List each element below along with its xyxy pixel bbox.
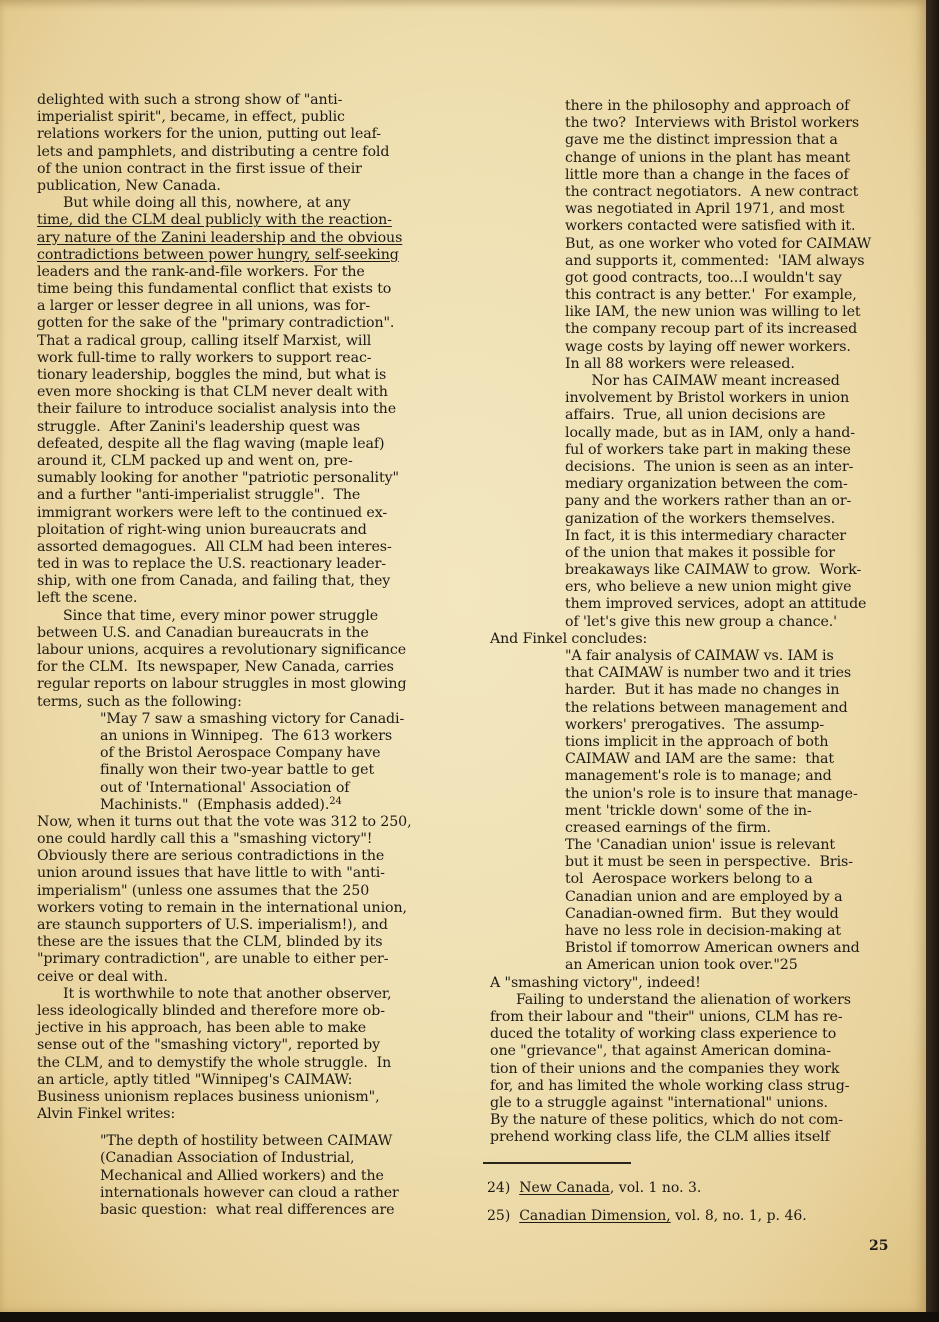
text-line: relations workers for the union, putting… <box>37 126 432 143</box>
line-text: was negotiated in April 1971, and most <box>565 201 844 217</box>
text-line: terms, such as the following: <box>37 694 432 711</box>
text-line: of the Bristol Aerospace Company have <box>37 745 432 762</box>
line-text: the union's role is to insure that manag… <box>565 786 858 802</box>
text-line: but it must be seen in perspective. Bris… <box>490 854 895 871</box>
text-line: workers contacted were satisfied with it… <box>490 218 895 235</box>
text-line: ful of workers take part in making these <box>490 442 895 459</box>
line-text: around it, CLM packed up and went on, pr… <box>37 453 353 469</box>
line-text: CAIMAW and IAM are the same: that <box>565 751 834 767</box>
text-line: That a radical group, calling itself Mar… <box>37 333 432 350</box>
line-text: gotten for the sake of the "primary cont… <box>37 315 394 331</box>
line-text: left the scene. <box>37 590 137 606</box>
line-text: regular reports on labour struggles in m… <box>37 676 406 692</box>
text-line: Obviously there are serious contradictio… <box>37 848 432 865</box>
line-text: prehend working class life, the CLM alli… <box>490 1129 830 1145</box>
line-text: Bristol if tomorrow American owners and <box>565 940 860 956</box>
text-line: ganization of the workers themselves. <box>490 511 895 528</box>
text-line: Failing to understand the alienation of … <box>490 992 895 1009</box>
text-line: It is worthwhile to note that another ob… <box>37 986 432 1003</box>
line-text: the company recoup part of its increased <box>565 321 857 337</box>
line-text: imperialism" (unless one assumes that th… <box>37 883 369 899</box>
line-text: of the union that makes it possible for <box>565 545 835 561</box>
text-line: creased earnings of the firm. <box>490 820 895 837</box>
line-text: Mechanical and Allied workers) and the <box>100 1168 384 1184</box>
text-line: The 'Canadian union' issue is relevant <box>490 837 895 854</box>
text-line: prehend working class life, the CLM alli… <box>490 1129 895 1146</box>
text-line: time being this fundamental conflict tha… <box>37 281 432 298</box>
text-line: assorted demagogues. All CLM had been in… <box>37 539 432 556</box>
text-line: have no less role in decision-making at <box>490 923 895 940</box>
line-text: It is worthwhile to note that another ob… <box>63 986 391 1002</box>
text-line: workers' prerogatives. The assump- <box>490 717 895 734</box>
line-text: one could hardly call this a "smashing v… <box>37 831 372 847</box>
line-text: That a radical group, calling itself Mar… <box>37 333 371 349</box>
line-text: the contract negotiators. A new contract <box>565 184 858 200</box>
line-text: Alvin Finkel writes: <box>37 1106 175 1122</box>
line-text: mediary organization between the com- <box>565 476 848 492</box>
text-line: regular reports on labour struggles in m… <box>37 676 432 693</box>
line-text: out of 'International' Association of <box>100 780 349 796</box>
line-text: affairs. True, all union decisions are <box>565 407 825 423</box>
text-line: tion of their unions and the companies t… <box>490 1061 895 1078</box>
line-text: little more than a change in the faces o… <box>565 167 849 183</box>
line-text: an American union took over."25 <box>565 957 798 973</box>
text-line: between U.S. and Canadian bureaucrats in… <box>37 625 432 642</box>
text-line: left the scene. <box>37 590 432 607</box>
text-line: And Finkel concludes: <box>490 631 895 648</box>
line-text: finally won their two-year battle to get <box>100 762 374 778</box>
footnote-25: 25) Canadian Dimension, vol. 8, no. 1, p… <box>487 1202 807 1230</box>
text-line: In all 88 workers were released. <box>490 356 895 373</box>
line-text: an unions in Winnipeg. The 613 workers <box>100 728 392 744</box>
text-line: imperialist spirit", became, in effect, … <box>37 109 432 126</box>
text-line: tionary leadership, boggles the mind, bu… <box>37 367 432 384</box>
line-text: A "smashing victory", indeed! <box>490 975 701 991</box>
text-line: time, did the CLM deal publicly with the… <box>37 212 432 229</box>
text-line: harder. But it has made no changes in <box>490 682 895 699</box>
line-text: but it must be seen in perspective. Bris… <box>565 854 853 870</box>
text-line: an American union took over."25 <box>490 957 895 974</box>
text-line: sumably looking for another "patriotic p… <box>37 470 432 487</box>
line-text: between U.S. and Canadian bureaucrats in… <box>37 625 369 641</box>
line-text: union around issues that have little to … <box>37 865 385 881</box>
line-text: and supports it, commented: 'IAM always <box>565 253 864 269</box>
text-line: less ideologically blinded and therefore… <box>37 1003 432 1020</box>
text-line: sense out of the "smashing victory", rep… <box>37 1037 432 1054</box>
line-text: have no less role in decision-making at <box>565 923 841 939</box>
text-line: ship, with one from Canada, and failing … <box>37 573 432 590</box>
line-text: locally made, but as in IAM, only a hand… <box>565 425 855 441</box>
line-text: less ideologically blinded and therefore… <box>37 1003 385 1019</box>
text-line: Alvin Finkel writes: <box>37 1106 432 1123</box>
line-text: defeated, despite all the flag waving (m… <box>37 436 384 452</box>
line-text: got good contracts, too...I wouldn't say <box>565 270 842 286</box>
right-text-column: there in the philosophy and approach oft… <box>490 98 895 1146</box>
text-line: an article, aptly titled "Winnipeg's CAI… <box>37 1072 432 1089</box>
text-line: Since that time, every minor power strug… <box>37 608 432 625</box>
text-line: Business unionism replaces business unio… <box>37 1089 432 1106</box>
line-text: But while doing all this, nowhere, at an… <box>63 195 350 211</box>
text-line: the two? Interviews with Bristol workers <box>490 115 895 132</box>
line-text: creased earnings of the firm. <box>565 820 771 836</box>
line-text: publication, New Canada. <box>37 178 221 194</box>
line-text: Now, when it turns out that the vote was… <box>37 814 412 830</box>
text-line: wage costs by laying off newer workers. <box>490 339 895 356</box>
line-text: of the union contract in the first issue… <box>37 161 362 177</box>
line-text: there in the philosophy and approach of <box>565 98 849 114</box>
line-text: that CAIMAW is number two and it tries <box>565 665 851 681</box>
text-line: labour unions, acquires a revolutionary … <box>37 642 432 659</box>
line-text: "The depth of hostility between CAIMAW <box>100 1133 392 1149</box>
text-line: "primary contradiction", are unable to e… <box>37 951 432 968</box>
line-text: involvement by Bristol workers in union <box>565 390 849 406</box>
scan-edge-bottom <box>0 1312 939 1322</box>
line-text: the CLM, and to demystify the whole stru… <box>37 1055 391 1071</box>
text-line: gle to a struggle against "international… <box>490 1095 895 1112</box>
text-line: pany and the workers rather than an or- <box>490 493 895 510</box>
text-line: the union's role is to insure that manag… <box>490 786 895 803</box>
line-text: Nor has CAIMAW meant increased <box>565 373 840 389</box>
line-text: basic question: what real differences ar… <box>100 1202 394 1218</box>
line-text: ganization of the workers themselves. <box>565 511 835 527</box>
line-text: wage costs by laying off newer workers. <box>565 339 851 355</box>
text-line: In fact, it is this intermediary charact… <box>490 528 895 545</box>
line-text: pany and the workers rather than an or- <box>565 493 851 509</box>
line-text: duced the totality of working class expe… <box>490 1026 836 1042</box>
line-text: relations workers for the union, putting… <box>37 126 381 142</box>
line-text: decisions. The union is seen as an inter… <box>565 459 853 475</box>
text-line: that CAIMAW is number two and it tries <box>490 665 895 682</box>
text-line: got good contracts, too...I wouldn't say <box>490 270 895 287</box>
line-text: tol Aerospace workers belong to a <box>565 871 813 887</box>
text-line: publication, New Canada. <box>37 178 432 195</box>
text-line: internationals however can cloud a rathe… <box>37 1185 432 1202</box>
footnote-source-title: New Canada <box>519 1180 610 1196</box>
text-line: gave me the distinct impression that a <box>490 132 895 149</box>
line-text: sense out of the "smashing victory", rep… <box>37 1037 380 1053</box>
line-text: these are the issues that the CLM, blind… <box>37 934 382 950</box>
text-line: management's role is to manage; and <box>490 768 895 785</box>
text-line: basic question: what real differences ar… <box>37 1202 432 1219</box>
text-line: of the union contract in the first issue… <box>37 161 432 178</box>
line-text: lets and pamphlets, and distributing a c… <box>37 144 389 160</box>
line-text: imperialist spirit", became, in effect, … <box>37 109 345 125</box>
left-text-column: delighted with such a strong show of "an… <box>37 92 432 1219</box>
line-text: time being this fundamental conflict tha… <box>37 281 391 297</box>
text-line: "May 7 saw a smashing victory for Canadi… <box>37 711 432 728</box>
text-line: ary nature of the Zanini leadership and … <box>37 230 432 247</box>
text-line: delighted with such a strong show of "an… <box>37 92 432 109</box>
footnote-source-title: Canadian Dimension, <box>519 1208 671 1224</box>
text-line: and supports it, commented: 'IAM always <box>490 253 895 270</box>
text-line: like IAM, the new union was willing to l… <box>490 304 895 321</box>
line-text: workers voting to remain in the internat… <box>37 900 407 916</box>
line-text: for, and has limited the whole working c… <box>490 1078 849 1094</box>
text-line: workers voting to remain in the internat… <box>37 900 432 917</box>
text-line: decisions. The union is seen as an inter… <box>490 459 895 476</box>
text-line <box>37 1123 432 1133</box>
line-text: management's role is to manage; and <box>565 768 832 784</box>
text-line: work full-time to rally workers to suppo… <box>37 350 432 367</box>
text-line: immigrant workers were left to the conti… <box>37 505 432 522</box>
text-line: ceive or deal with. <box>37 969 432 986</box>
footnote-details: , vol. 1 no. 3. <box>610 1180 701 1196</box>
text-line: involvement by Bristol workers in union <box>490 390 895 407</box>
text-line: tol Aerospace workers belong to a <box>490 871 895 888</box>
text-line: ted in was to replace the U.S. reactiona… <box>37 556 432 573</box>
text-line: Canadian union and are employed by a <box>490 889 895 906</box>
footnote-marker: 24) <box>487 1180 510 1196</box>
text-line: Nor has CAIMAW meant increased <box>490 373 895 390</box>
text-line: "A fair analysis of CAIMAW vs. IAM is <box>490 648 895 665</box>
line-text: terms, such as the following: <box>37 694 242 710</box>
text-line: ers, who believe a new union might give <box>490 579 895 596</box>
text-line: change of unions in the plant has meant <box>490 150 895 167</box>
document-page: delighted with such a strong show of "an… <box>0 0 926 1312</box>
line-text: of 'let's give this new group a chance.' <box>565 614 837 630</box>
text-line: the contract negotiators. A new contract <box>490 184 895 201</box>
line-text: The 'Canadian union' issue is relevant <box>565 837 835 853</box>
line-text: harder. But it has made no changes in <box>565 682 839 698</box>
line-text: change of unions in the plant has meant <box>565 150 850 166</box>
line-text: Canadian-owned firm. But they would <box>565 906 839 922</box>
line-text: workers contacted were satisfied with it… <box>565 218 855 234</box>
text-line: jective in his approach, has been able t… <box>37 1020 432 1037</box>
line-text: (Canadian Association of Industrial, <box>100 1150 354 1166</box>
text-line: a larger or lesser degree in all unions,… <box>37 298 432 315</box>
line-text: "primary contradiction", are unable to e… <box>37 951 388 967</box>
footnotes: 24) New Canada, vol. 1 no. 3. 25) Canadi… <box>487 1174 807 1230</box>
line-text: And Finkel concludes: <box>490 631 647 647</box>
line-text: ers, who believe a new union might give <box>565 579 851 595</box>
line-text: But, as one worker who voted for CAIMAW <box>565 236 871 252</box>
text-line: their failure to introduce socialist ana… <box>37 401 432 418</box>
text-line: these are the issues that the CLM, blind… <box>37 934 432 951</box>
line-text: this contract is any better.' For exampl… <box>565 287 857 303</box>
line-text: jective in his approach, has been able t… <box>37 1020 366 1036</box>
text-line: breakaways like CAIMAW to grow. Work- <box>490 562 895 579</box>
text-line: ment 'trickle down' some of the in- <box>490 803 895 820</box>
text-line: the relations between management and <box>490 700 895 717</box>
line-text: of the Bristol Aerospace Company have <box>100 745 380 761</box>
line-text: the two? Interviews with Bristol workers <box>565 115 859 131</box>
text-line: and a further "anti-imperialist struggle… <box>37 487 432 504</box>
line-text: tions implicit in the approach of both <box>565 734 828 750</box>
text-line: CAIMAW and IAM are the same: that <box>490 751 895 768</box>
text-line: Now, when it turns out that the vote was… <box>37 814 432 831</box>
line-text: the relations between management and <box>565 700 848 716</box>
text-line: affairs. True, all union decisions are <box>490 407 895 424</box>
line-text: By the nature of these politics, which d… <box>490 1112 843 1128</box>
line-text: workers' prerogatives. The assump- <box>565 717 824 733</box>
line-text: Business unionism replaces business unio… <box>37 1089 380 1105</box>
text-line: Bristol if tomorrow American owners and <box>490 940 895 957</box>
text-line: one could hardly call this a "smashing v… <box>37 831 432 848</box>
text-line: even more shocking is that CLM never dea… <box>37 384 432 401</box>
line-text: breakaways like CAIMAW to grow. Work- <box>565 562 861 578</box>
text-line: "The depth of hostility between CAIMAW <box>37 1133 432 1150</box>
line-text: delighted with such a strong show of "an… <box>37 92 342 108</box>
line-text: ceive or deal with. <box>37 969 168 985</box>
line-text: ted in was to replace the U.S. reactiona… <box>37 556 386 572</box>
line-text: one "grievance", that against American d… <box>490 1043 831 1059</box>
text-line: But, as one worker who voted for CAIMAW <box>490 236 895 253</box>
text-line: locally made, but as in IAM, only a hand… <box>490 425 895 442</box>
text-line: little more than a change in the faces o… <box>490 167 895 184</box>
footnote-divider <box>483 1162 631 1164</box>
line-text: from their labour and "their" unions, CL… <box>490 1009 843 1025</box>
text-line: ploitation of right-wing union bureaucra… <box>37 522 432 539</box>
line-text: and a further "anti-imperialist struggle… <box>37 487 360 503</box>
text-line: are staunch supporters of U.S. imperiali… <box>37 917 432 934</box>
footnote-details: vol. 8, no. 1, p. 46. <box>671 1208 807 1224</box>
line-text: ship, with one from Canada, and failing … <box>37 573 390 589</box>
text-line: gotten for the sake of the "primary cont… <box>37 315 432 332</box>
line-text: labour unions, acquires a revolutionary … <box>37 642 406 658</box>
text-line: (Canadian Association of Industrial, <box>37 1150 432 1167</box>
text-line: struggle. After Zanini's leadership ques… <box>37 419 432 436</box>
text-line: But while doing all this, nowhere, at an… <box>37 195 432 212</box>
line-text: them improved services, adopt an attitud… <box>565 596 866 612</box>
line-text: internationals however can cloud a rathe… <box>100 1185 399 1201</box>
line-text: Since that time, every minor power strug… <box>63 608 378 624</box>
line-text: "May 7 saw a smashing victory for Canadi… <box>100 711 404 727</box>
line-text: Obviously there are serious contradictio… <box>37 848 384 864</box>
text-line: of the union that makes it possible for <box>490 545 895 562</box>
page-number: 25 <box>869 1238 888 1254</box>
text-line: By the nature of these politics, which d… <box>490 1112 895 1129</box>
line-text: are staunch supporters of U.S. imperiali… <box>37 917 388 933</box>
text-line: for the CLM. Its newspaper, New Canada, … <box>37 659 432 676</box>
line-text: In fact, it is this intermediary charact… <box>565 528 846 544</box>
line-text: contradictions between power hungry, sel… <box>37 247 399 263</box>
line-text: struggle. After Zanini's leadership ques… <box>37 419 360 435</box>
footnote-marker: 25) <box>487 1208 510 1224</box>
line-text: a larger or lesser degree in all unions,… <box>37 298 370 314</box>
line-text: gle to a struggle against "international… <box>490 1095 828 1111</box>
line-text: tionary leadership, boggles the mind, bu… <box>37 367 386 383</box>
text-line: tions implicit in the approach of both <box>490 734 895 751</box>
line-text: "A fair analysis of CAIMAW vs. IAM is <box>565 648 834 664</box>
line-text: tion of their unions and the companies t… <box>490 1061 839 1077</box>
text-line: A "smashing victory", indeed! <box>490 975 895 992</box>
line-text: In all 88 workers were released. <box>565 356 795 372</box>
text-line: finally won their two-year battle to get <box>37 762 432 779</box>
text-line: them improved services, adopt an attitud… <box>490 596 895 613</box>
line-text: Failing to understand the alienation of … <box>516 992 851 1008</box>
text-line: one "grievance", that against American d… <box>490 1043 895 1060</box>
text-line: for, and has limited the whole working c… <box>490 1078 895 1095</box>
line-text: for the CLM. Its newspaper, New Canada, … <box>37 659 394 675</box>
text-line: leaders and the rank-and-file workers. F… <box>37 264 432 281</box>
text-line: this contract is any better.' For exampl… <box>490 287 895 304</box>
line-text: Canadian union and are employed by a <box>565 889 842 905</box>
text-line: the CLM, and to demystify the whole stru… <box>37 1055 432 1072</box>
text-line: an unions in Winnipeg. The 613 workers <box>37 728 432 745</box>
line-text: ful of workers take part in making these <box>565 442 851 458</box>
text-line: Machinists." (Emphasis added).24 <box>37 797 432 814</box>
scan-edge-right <box>926 0 939 1322</box>
text-line: out of 'International' Association of <box>37 780 432 797</box>
text-line: duced the totality of working class expe… <box>490 1026 895 1043</box>
text-line: contradictions between power hungry, sel… <box>37 247 432 264</box>
text-line: was negotiated in April 1971, and most <box>490 201 895 218</box>
line-text: ploitation of right-wing union bureaucra… <box>37 522 367 538</box>
text-line: union around issues that have little to … <box>37 865 432 882</box>
line-text: ment 'trickle down' some of the in- <box>565 803 812 819</box>
text-line: around it, CLM packed up and went on, pr… <box>37 453 432 470</box>
line-text: Machinists." (Emphasis added). <box>100 797 329 813</box>
text-line: defeated, despite all the flag waving (m… <box>37 436 432 453</box>
line-text: their failure to introduce socialist ana… <box>37 401 396 417</box>
text-line: mediary organization between the com- <box>490 476 895 493</box>
text-line: lets and pamphlets, and distributing a c… <box>37 144 432 161</box>
text-line: Mechanical and Allied workers) and the <box>37 1168 432 1185</box>
footnote-24: 24) New Canada, vol. 1 no. 3. <box>487 1174 807 1202</box>
footnote-reference: 24 <box>329 796 342 807</box>
text-line: imperialism" (unless one assumes that th… <box>37 883 432 900</box>
line-text: an article, aptly titled "Winnipeg's CAI… <box>37 1072 352 1088</box>
text-line: of 'let's give this new group a chance.' <box>490 614 895 631</box>
line-text: even more shocking is that CLM never dea… <box>37 384 388 400</box>
text-line: Canadian-owned firm. But they would <box>490 906 895 923</box>
line-text: work full-time to rally workers to suppo… <box>37 350 372 366</box>
text-line: there in the philosophy and approach of <box>490 98 895 115</box>
text-line: from their labour and "their" unions, CL… <box>490 1009 895 1026</box>
line-text: leaders and the rank-and-file workers. F… <box>37 264 365 280</box>
text-line: the company recoup part of its increased <box>490 321 895 338</box>
line-text: immigrant workers were left to the conti… <box>37 505 387 521</box>
line-text: sumably looking for another "patriotic p… <box>37 470 399 486</box>
line-text: assorted demagogues. All CLM had been in… <box>37 539 392 555</box>
line-text: ary nature of the Zanini leadership and … <box>37 230 402 246</box>
line-text: like IAM, the new union was willing to l… <box>565 304 861 320</box>
line-text: gave me the distinct impression that a <box>565 132 838 148</box>
line-text: time, did the CLM deal publicly with the… <box>37 212 392 228</box>
